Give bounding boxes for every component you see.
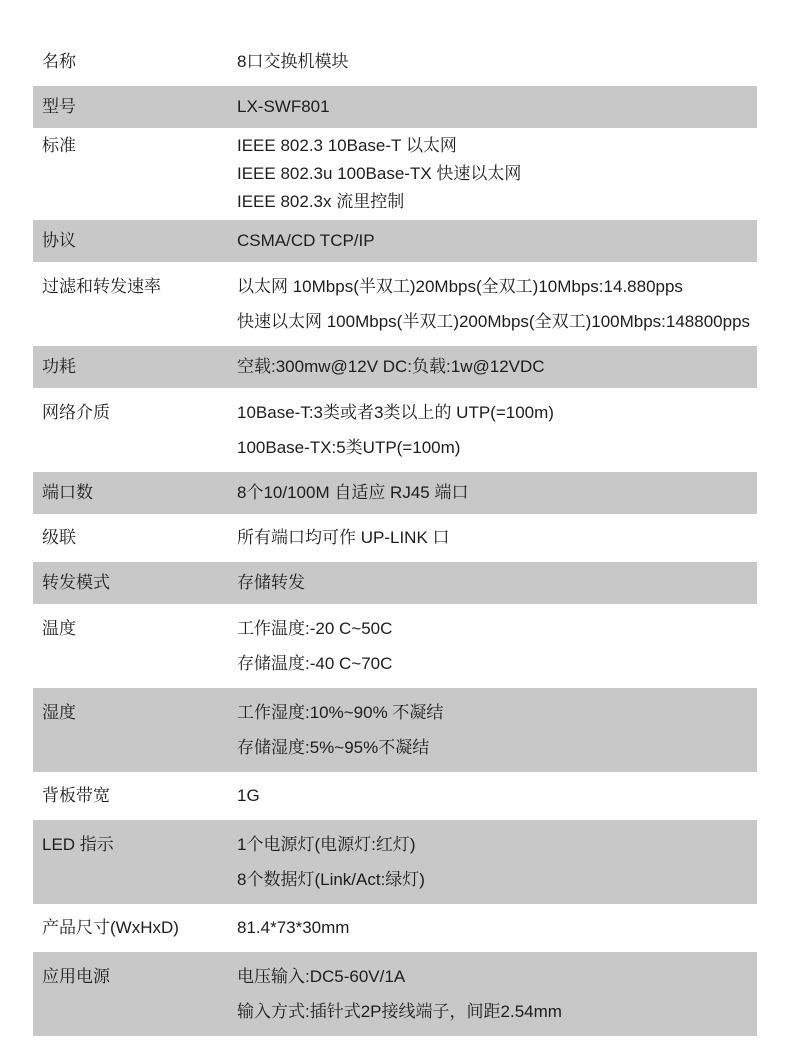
spec-row: 名称8口交换机模块 — [33, 38, 757, 86]
spec-row-label: LED 指示 — [33, 827, 237, 862]
spec-row-value: 10Base-T:3类或者3类以上的 UTP(=100m)100Base-TX:… — [237, 395, 757, 465]
spec-row-label: 协议 — [33, 228, 237, 254]
spec-value-line: IEEE 802.3u 100Base-TX 快速以太网 — [237, 160, 757, 188]
spec-row: 温度工作温度:-20 C~50C存储温度:-40 C~70C — [33, 604, 757, 688]
spec-value-line: 空载:300mw@12V DC:负载:1w@12VDC — [237, 354, 757, 380]
spec-value-line: 8个数据灯(Link/Act:绿灯) — [237, 862, 757, 897]
spec-row-label: 湿度 — [33, 695, 237, 730]
spec-row: 背板带宽1G — [33, 772, 757, 820]
spec-value-line: CSMA/CD TCP/IP — [237, 228, 757, 254]
spec-row-value: 81.4*73*30mm — [237, 915, 757, 941]
spec-row-label: 应用电源 — [33, 959, 237, 994]
spec-row-label: 温度 — [33, 611, 237, 646]
spec-row: 产品尺寸(WxHxD)81.4*73*30mm — [33, 904, 757, 952]
spec-row: 标准IEEE 802.3 10Base-T 以太网IEEE 802.3u 100… — [33, 128, 757, 220]
spec-row: LED 指示1个电源灯(电源灯:红灯)8个数据灯(Link/Act:绿灯) — [33, 820, 757, 904]
spec-row-value: 1个电源灯(电源灯:红灯)8个数据灯(Link/Act:绿灯) — [237, 827, 757, 897]
spec-value-line: 工作温度:-20 C~50C — [237, 611, 757, 646]
spec-value-line: 1个电源灯(电源灯:红灯) — [237, 827, 757, 862]
spec-row: 网络介质10Base-T:3类或者3类以上的 UTP(=100m)100Base… — [33, 388, 757, 472]
spec-value-line: 100Base-TX:5类UTP(=100m) — [237, 430, 757, 465]
spec-row-label: 过滤和转发速率 — [33, 269, 237, 304]
spec-value-line: 所有端口均可作 UP-LINK 口 — [237, 525, 757, 551]
spec-value-line: 81.4*73*30mm — [237, 915, 757, 941]
spec-value-line: 工作湿度:10%~90% 不凝结 — [237, 695, 757, 730]
spec-value-line: 以太网 10Mbps(半双工)20Mbps(全双工)10Mbps:14.880p… — [237, 269, 757, 304]
spec-row-value: 所有端口均可作 UP-LINK 口 — [237, 525, 757, 551]
spec-value-line: IEEE 802.3 10Base-T 以太网 — [237, 132, 757, 160]
spec-row: 功耗空载:300mw@12V DC:负载:1w@12VDC — [33, 346, 757, 388]
spec-value-line: 输入方式:插针式2P接线端子，间距2.54mm — [237, 994, 757, 1029]
spec-row-value: LX-SWF801 — [237, 94, 757, 120]
spec-row-label: 网络介质 — [33, 395, 237, 430]
spec-row-label: 背板带宽 — [33, 783, 237, 809]
spec-value-line: 存储转发 — [237, 570, 757, 596]
spec-row: 协议CSMA/CD TCP/IP — [33, 220, 757, 262]
spec-row-value: 以太网 10Mbps(半双工)20Mbps(全双工)10Mbps:14.880p… — [237, 269, 757, 339]
spec-value-line: 10Base-T:3类或者3类以上的 UTP(=100m) — [237, 395, 757, 430]
spec-row-label: 功耗 — [33, 354, 237, 380]
spec-row-label: 名称 — [33, 49, 237, 75]
spec-value-line: LX-SWF801 — [237, 94, 757, 120]
spec-value-line: 电压输入:DC5-60V/1A — [237, 959, 757, 994]
spec-row-value: IEEE 802.3 10Base-T 以太网IEEE 802.3u 100Ba… — [237, 132, 757, 216]
spec-row-label: 级联 — [33, 525, 237, 551]
spec-row: 转发模式存储转发 — [33, 562, 757, 604]
spec-value-line: 8个10/100M 自适应 RJ45 端口 — [237, 480, 757, 506]
spec-row: 型号LX-SWF801 — [33, 86, 757, 128]
spec-value-line: 8口交换机模块 — [237, 49, 757, 75]
spec-value-line: 存储湿度:5%~95%不凝结 — [237, 730, 757, 765]
spec-row-value: 工作温度:-20 C~50C存储温度:-40 C~70C — [237, 611, 757, 681]
spec-row: 过滤和转发速率以太网 10Mbps(半双工)20Mbps(全双工)10Mbps:… — [33, 262, 757, 346]
spec-row: 级联所有端口均可作 UP-LINK 口 — [33, 514, 757, 562]
spec-value-line: IEEE 802.3x 流里控制 — [237, 188, 757, 216]
spec-row-value: 存储转发 — [237, 570, 757, 596]
spec-row: 端口数8个10/100M 自适应 RJ45 端口 — [33, 472, 757, 514]
spec-row-label: 型号 — [33, 94, 237, 120]
spec-row-value: 8口交换机模块 — [237, 49, 757, 75]
spec-row-label: 标准 — [33, 132, 237, 160]
spec-row-label: 产品尺寸(WxHxD) — [33, 915, 237, 941]
spec-row-value: CSMA/CD TCP/IP — [237, 228, 757, 254]
spec-row-label: 转发模式 — [33, 570, 237, 596]
spec-row-value: 8个10/100M 自适应 RJ45 端口 — [237, 480, 757, 506]
spec-row-value: 空载:300mw@12V DC:负载:1w@12VDC — [237, 354, 757, 380]
spec-row-value: 工作湿度:10%~90% 不凝结存储湿度:5%~95%不凝结 — [237, 695, 757, 765]
spec-row: 应用电源电压输入:DC5-60V/1A输入方式:插针式2P接线端子，间距2.54… — [33, 952, 757, 1036]
spec-value-line: 快速以太网 100Mbps(半双工)200Mbps(全双工)100Mbps:14… — [237, 304, 757, 339]
spec-row: 湿度工作湿度:10%~90% 不凝结存储湿度:5%~95%不凝结 — [33, 688, 757, 772]
spec-row-value: 1G — [237, 783, 757, 809]
spec-table: 名称8口交换机模块型号LX-SWF801标准IEEE 802.3 10Base-… — [33, 38, 757, 1036]
spec-row-label: 端口数 — [33, 480, 237, 506]
spec-value-line: 存储温度:-40 C~70C — [237, 646, 757, 681]
spec-value-line: 1G — [237, 783, 757, 809]
spec-row-value: 电压输入:DC5-60V/1A输入方式:插针式2P接线端子，间距2.54mm — [237, 959, 757, 1029]
